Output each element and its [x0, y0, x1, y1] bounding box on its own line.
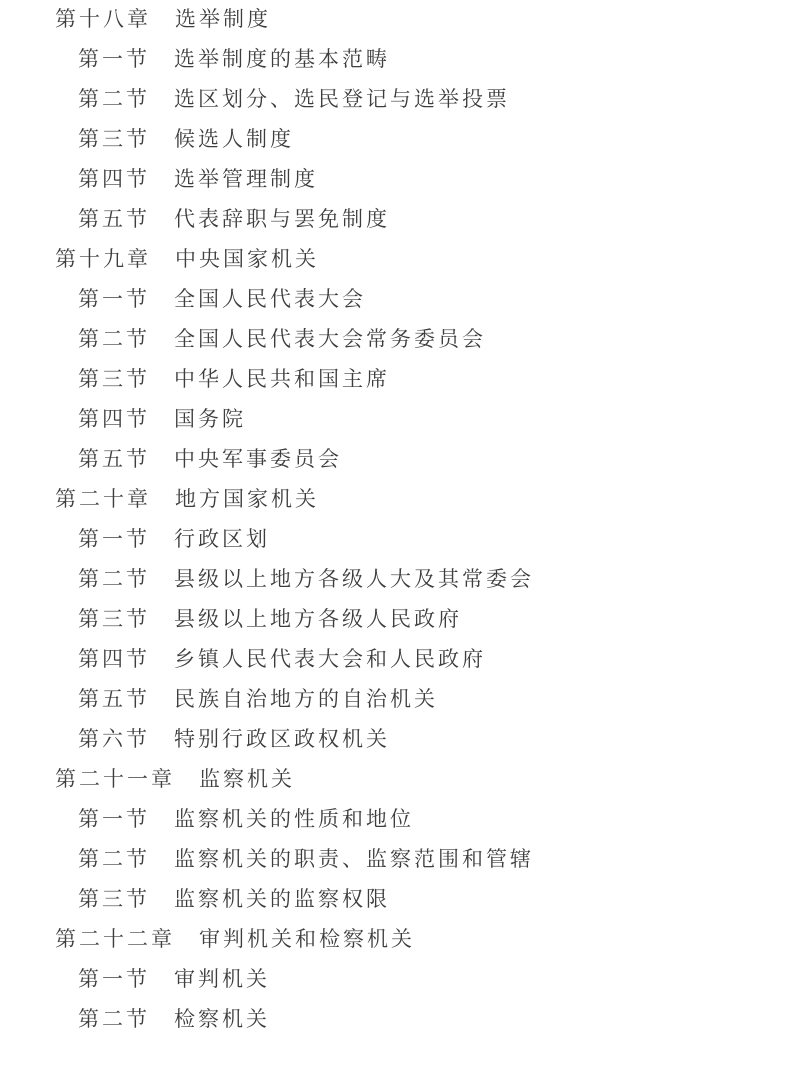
- section-label: 第一节: [78, 280, 150, 320]
- section-label: 第五节: [78, 440, 150, 480]
- chapter-label: 第十八章: [55, 0, 151, 40]
- toc-section-row: 第五节中央军事委员会: [0, 440, 790, 480]
- section-title: 监察机关的监察权限: [174, 880, 390, 920]
- toc-section-row: 第二节选区划分、选民登记与选举投票: [0, 80, 790, 120]
- toc-section-row: 第三节中华人民共和国主席: [0, 360, 790, 400]
- chapter-label: 第二十二章: [55, 920, 175, 960]
- chapter-title: 地方国家机关: [175, 480, 319, 520]
- section-title: 行政区划: [174, 520, 270, 560]
- chapter-label: 第二十章: [55, 480, 151, 520]
- section-label: 第六节: [78, 720, 150, 760]
- toc-section-row: 第四节选举管理制度: [0, 160, 790, 200]
- toc-section-row: 第一节选举制度的基本范畴: [0, 40, 790, 80]
- section-title: 选举管理制度: [174, 160, 318, 200]
- section-label: 第四节: [78, 640, 150, 680]
- section-title: 乡镇人民代表大会和人民政府: [174, 640, 486, 680]
- chapter-label: 第十九章: [55, 240, 151, 280]
- section-label: 第三节: [78, 120, 150, 160]
- section-label: 第二节: [78, 1000, 150, 1040]
- toc-chapter-row: 第二十二章审判机关和检察机关: [0, 920, 790, 960]
- toc-chapter-row: 第十九章中央国家机关: [0, 240, 790, 280]
- section-label: 第一节: [78, 800, 150, 840]
- toc-section-row: 第三节县级以上地方各级人民政府: [0, 600, 790, 640]
- toc-chapter-row: 第十八章选举制度: [0, 0, 790, 40]
- section-title: 检察机关: [174, 1000, 270, 1040]
- section-label: 第三节: [78, 600, 150, 640]
- chapter-title: 审判机关和检察机关: [199, 920, 415, 960]
- section-title: 县级以上地方各级人民政府: [174, 600, 462, 640]
- toc-section-row: 第二节全国人民代表大会常务委员会: [0, 320, 790, 360]
- chapter-title: 选举制度: [175, 0, 271, 40]
- toc-section-row: 第二节县级以上地方各级人大及其常委会: [0, 560, 790, 600]
- toc-section-row: 第二节检察机关: [0, 1000, 790, 1040]
- section-label: 第二节: [78, 840, 150, 880]
- toc-section-row: 第六节特别行政区政权机关: [0, 720, 790, 760]
- toc-section-row: 第一节行政区划: [0, 520, 790, 560]
- section-label: 第三节: [78, 880, 150, 920]
- section-label: 第一节: [78, 520, 150, 560]
- section-label: 第三节: [78, 360, 150, 400]
- toc-section-row: 第一节全国人民代表大会: [0, 280, 790, 320]
- section-title: 民族自治地方的自治机关: [174, 680, 438, 720]
- chapter-title: 中央国家机关: [175, 240, 319, 280]
- section-title: 全国人民代表大会: [174, 280, 366, 320]
- section-title: 中华人民共和国主席: [174, 360, 390, 400]
- chapter-label: 第二十一章: [55, 760, 175, 800]
- section-title: 候选人制度: [174, 120, 294, 160]
- toc-section-row: 第五节民族自治地方的自治机关: [0, 680, 790, 720]
- section-title: 代表辞职与罢免制度: [174, 200, 390, 240]
- toc-section-row: 第五节代表辞职与罢免制度: [0, 200, 790, 240]
- section-title: 选举制度的基本范畴: [174, 40, 390, 80]
- toc-section-row: 第二节监察机关的职责、监察范围和管辖: [0, 840, 790, 880]
- section-label: 第二节: [78, 560, 150, 600]
- chapter-title: 监察机关: [199, 760, 295, 800]
- section-label: 第一节: [78, 960, 150, 1000]
- section-title: 监察机关的性质和地位: [174, 800, 414, 840]
- section-title: 县级以上地方各级人大及其常委会: [174, 560, 534, 600]
- section-title: 中央军事委员会: [174, 440, 342, 480]
- section-title: 审判机关: [174, 960, 270, 1000]
- section-label: 第五节: [78, 680, 150, 720]
- section-label: 第四节: [78, 160, 150, 200]
- section-title: 国务院: [174, 400, 246, 440]
- section-label: 第二节: [78, 80, 150, 120]
- section-title: 监察机关的职责、监察范围和管辖: [174, 840, 534, 880]
- section-label: 第四节: [78, 400, 150, 440]
- section-label: 第五节: [78, 200, 150, 240]
- section-label: 第二节: [78, 320, 150, 360]
- toc-section-row: 第一节监察机关的性质和地位: [0, 800, 790, 840]
- toc-section-row: 第三节候选人制度: [0, 120, 790, 160]
- table-of-contents: 第十八章选举制度第一节选举制度的基本范畴第二节选区划分、选民登记与选举投票第三节…: [0, 0, 790, 1040]
- section-title: 选区划分、选民登记与选举投票: [174, 80, 510, 120]
- toc-section-row: 第三节监察机关的监察权限: [0, 880, 790, 920]
- toc-chapter-row: 第二十章地方国家机关: [0, 480, 790, 520]
- toc-section-row: 第四节国务院: [0, 400, 790, 440]
- toc-section-row: 第四节乡镇人民代表大会和人民政府: [0, 640, 790, 680]
- section-label: 第一节: [78, 40, 150, 80]
- toc-section-row: 第一节审判机关: [0, 960, 790, 1000]
- section-title: 全国人民代表大会常务委员会: [174, 320, 486, 360]
- section-title: 特别行政区政权机关: [174, 720, 390, 760]
- toc-chapter-row: 第二十一章监察机关: [0, 760, 790, 800]
